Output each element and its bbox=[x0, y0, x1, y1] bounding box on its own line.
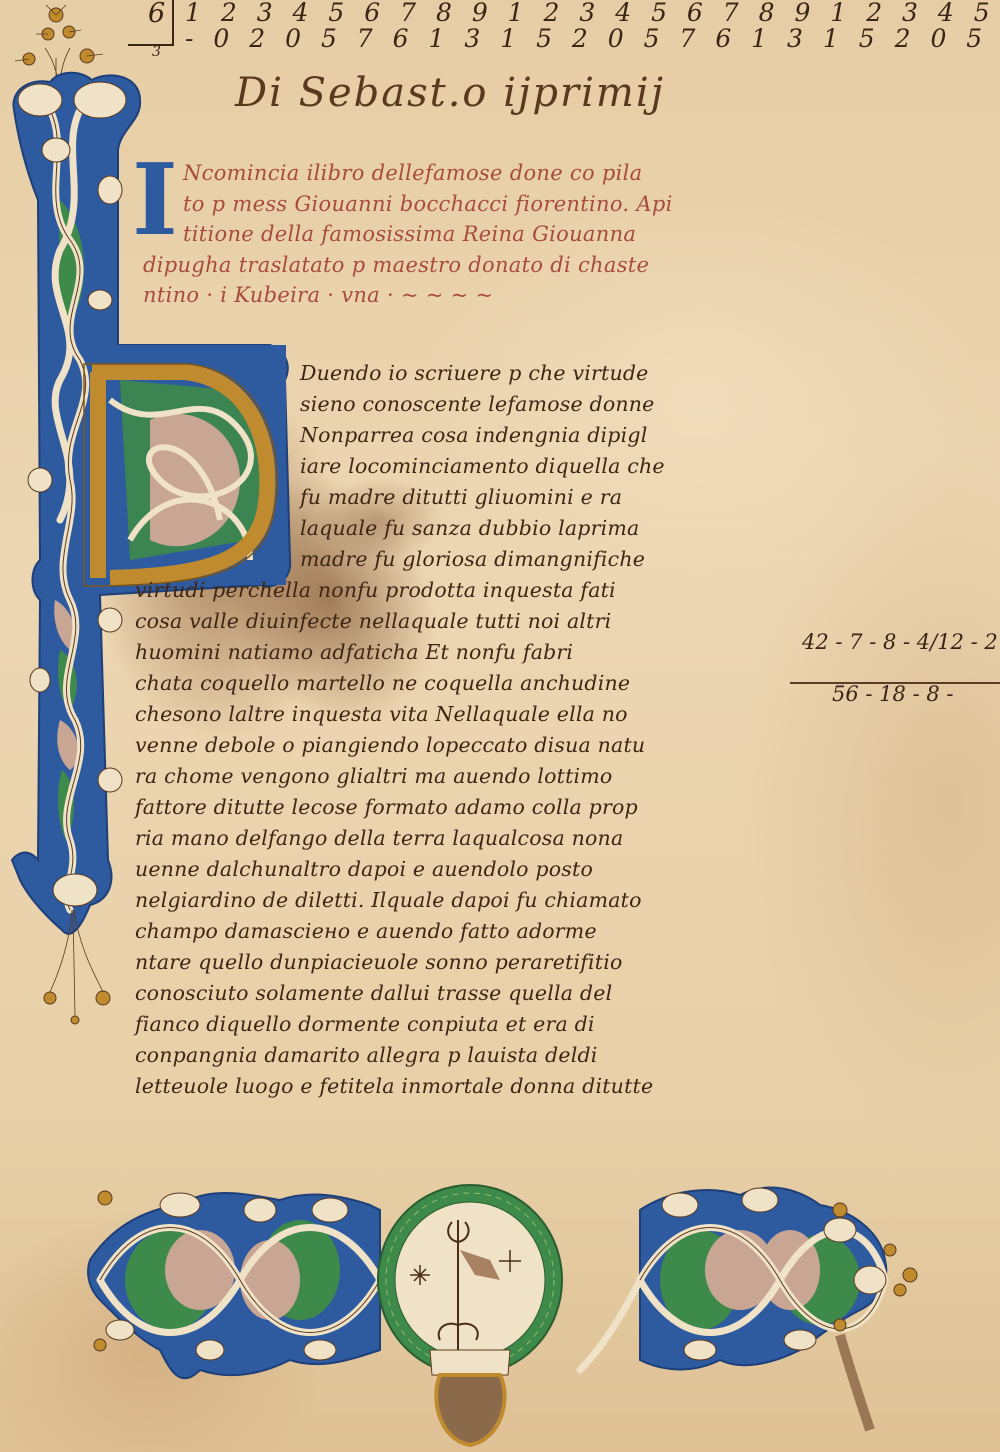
text-line: venne debole o piangiendo lopeccato disu… bbox=[135, 730, 790, 761]
rubric-line: titione della famosissima Reina Giouanna bbox=[183, 219, 743, 250]
text-line: nelgiardino de diletti. Ilquale dapoi fu… bbox=[135, 885, 790, 916]
text-line: ntare quello dunpiacieuole sonno peraret… bbox=[135, 947, 790, 978]
rubric-initial-I: I bbox=[132, 152, 178, 250]
rubric-line: dipugha traslatato p maestro donato di c… bbox=[143, 250, 743, 281]
gold-pendant bbox=[430, 1350, 510, 1375]
rubric-incipit: Ncomincia ilibro dellefamose done co pil… bbox=[183, 158, 743, 311]
text-line: Nonparrea cosa indengnia dipigl bbox=[300, 420, 790, 451]
text-line: champo damasciено e auendo fatto adorme bbox=[135, 916, 790, 947]
text-line: ra chome vengono glialtri ma auendo lott… bbox=[135, 761, 790, 792]
text-line: chesono laltre inquesta vita Nellaquale … bbox=[135, 699, 790, 730]
text-line: conosciuto solamente dallui trasse quell… bbox=[135, 978, 790, 1009]
text-line: fattore ditutte lecose formato adamo col… bbox=[135, 792, 790, 823]
sunburst-dots-top bbox=[23, 8, 94, 65]
text-line: huomini natiamo adfaticha Et nonfu fabri bbox=[135, 637, 790, 668]
calc-line-2: 56 - 18 - 8 - bbox=[832, 682, 953, 706]
number-row-1: 1 2 3 4 5 6 7 8 9 1 2 3 4 5 6 7 8 9 1 2 … bbox=[185, 0, 1000, 26]
text-line: laquale fu sanza dubbio laprima bbox=[300, 513, 790, 544]
bas-de-page-illumination bbox=[80, 1150, 960, 1450]
rubric-line: Ncomincia ilibro dellefamose done co pil… bbox=[183, 158, 743, 189]
text-line: fianco diquello dormente conpiuta et era… bbox=[135, 1009, 790, 1040]
text-line: letteuole luogo e fetitela inmortale don… bbox=[135, 1071, 790, 1102]
text-line: ria mano delfango della terra laqualcosa… bbox=[135, 823, 790, 854]
text-line: madre fu gloriosa dimangnifiche bbox=[300, 544, 790, 575]
rubric-line: ntino · i Kubeira · vna · ~ ~ ~ ~ bbox=[143, 280, 743, 311]
text-line: conpangnia damarito allegra p lauista de… bbox=[135, 1040, 790, 1071]
number-table: 1 2 3 4 5 6 7 8 9 1 2 3 4 5 6 7 8 9 1 2 … bbox=[185, 0, 1000, 52]
text-line: iare locominciamento diquella che bbox=[300, 451, 790, 482]
text-line: cosa valle diuinfecte nellaquale tutti n… bbox=[135, 606, 790, 637]
text-line: fu madre ditutti gliuomini e ra bbox=[300, 482, 790, 513]
text-line: chata coquello martello ne coquella anch… bbox=[135, 668, 790, 699]
text-line: virtudi perchella nonfu prodotta inquest… bbox=[135, 575, 790, 606]
main-text-block: Duendo io scriuere p che virtude sieno c… bbox=[300, 358, 790, 1102]
number-row-2: - 0 2 0 5 7 6 1 3 1 5 2 0 5 7 6 1 3 1 5 … bbox=[185, 26, 1000, 52]
text-line: sieno conoscente lefamose donne bbox=[300, 389, 790, 420]
calc-line-1: 42 - 7 - 8 - 4/12 - 2 bbox=[802, 630, 998, 654]
rubric-line: to p mess Giouanni bocchacci fiorentino.… bbox=[183, 189, 743, 220]
text-line: Duendo io scriuere p che virtude bbox=[300, 358, 790, 389]
text-line: uenne dalchunaltro dapoi e auendolo post… bbox=[135, 854, 790, 885]
